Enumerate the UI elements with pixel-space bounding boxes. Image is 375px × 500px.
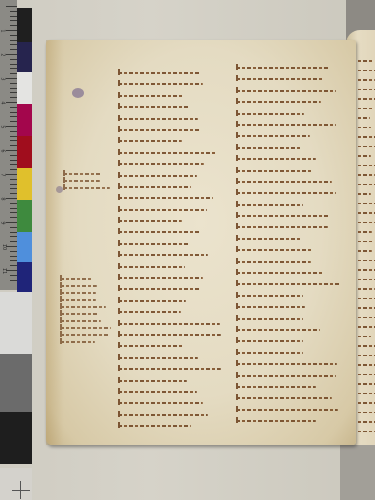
handwritten-line	[236, 90, 336, 92]
ruler-tick	[6, 198, 17, 199]
ruler-number: 5	[0, 125, 6, 128]
handwritten-line	[118, 357, 198, 359]
ruler-number: 1	[0, 29, 6, 32]
right-text-column	[236, 67, 341, 432]
handwritten-line	[236, 386, 316, 388]
handwritten-line	[118, 334, 221, 336]
handwritten-line	[236, 352, 303, 354]
handwritten-line	[118, 186, 191, 188]
marginal-note-upper	[63, 173, 111, 194]
handwritten-line	[236, 340, 303, 342]
ruler-tick	[6, 270, 17, 271]
marginal-note-lower	[60, 278, 112, 348]
ruler-tick	[10, 241, 17, 242]
registration-target	[0, 468, 32, 500]
handwritten-line	[236, 67, 330, 69]
handwritten-line	[118, 391, 197, 393]
handwritten-line	[236, 329, 320, 331]
handwritten-line	[60, 327, 111, 329]
ruler-tick	[10, 236, 17, 237]
handwritten-line	[118, 243, 189, 245]
handwritten-line	[236, 135, 310, 137]
ruler-tick	[10, 64, 17, 65]
handwritten-line	[118, 83, 203, 85]
handwritten-line	[118, 345, 184, 347]
swatch-white	[17, 72, 32, 104]
ruler-tick	[6, 222, 17, 223]
ruler-tick	[10, 112, 17, 113]
ruler-number: 2	[0, 53, 6, 56]
ruler-number: 7	[0, 173, 6, 176]
handwritten-line	[118, 254, 208, 256]
ruler-tick	[10, 208, 17, 209]
ruler-tick	[10, 280, 17, 281]
handwritten-line	[236, 318, 303, 320]
handwritten-line	[118, 152, 217, 154]
handwritten-line	[118, 380, 187, 382]
manuscript-page	[46, 40, 356, 445]
handwritten-line	[60, 285, 97, 287]
ruler-tick	[10, 116, 17, 117]
handwritten-line	[118, 220, 182, 222]
ruler-tick	[10, 121, 17, 122]
ruler-tick	[6, 78, 17, 79]
handwritten-line	[60, 278, 92, 280]
handwritten-line	[236, 192, 336, 194]
handwritten-line	[236, 124, 336, 126]
handwritten-line	[236, 295, 303, 297]
handwritten-line	[236, 375, 336, 377]
ruler-tick	[10, 49, 17, 50]
handwritten-line	[236, 363, 337, 365]
handwritten-line	[63, 187, 110, 189]
ruler-tick	[10, 44, 17, 45]
ruler-tick	[10, 73, 17, 74]
ruler-tick	[10, 256, 17, 257]
handwritten-line	[118, 129, 201, 131]
ruler-tick	[10, 145, 17, 146]
handwritten-line	[118, 209, 207, 211]
handwritten-line	[236, 78, 323, 80]
handwritten-line	[60, 313, 99, 315]
swatch-black	[17, 8, 32, 42]
crosshair-horizontal	[12, 490, 30, 491]
ruler-tick	[10, 265, 17, 266]
ruler-tick	[10, 232, 17, 233]
ruler-tick	[10, 184, 17, 185]
ruler-tick	[10, 164, 17, 165]
handwritten-line	[118, 368, 221, 370]
ruler-tick	[10, 193, 17, 194]
ruler-tick	[10, 68, 17, 69]
ruler-tick	[10, 11, 17, 12]
ruler-number: 11	[1, 268, 7, 274]
ruler-tick	[10, 212, 17, 213]
swatch-blue	[17, 262, 32, 292]
handwritten-line	[118, 72, 200, 74]
ruler-number: 8	[0, 197, 6, 200]
patch-mid-grey	[0, 354, 32, 412]
handwritten-line	[60, 299, 96, 301]
handwritten-line	[118, 311, 181, 313]
handwritten-line	[236, 147, 301, 149]
ruler-number: 10	[1, 244, 7, 250]
swatch-red	[17, 136, 32, 168]
ruler-tick	[6, 54, 17, 55]
ruler-tick	[6, 246, 17, 247]
handwritten-line	[236, 204, 303, 206]
swatch-yellow	[17, 168, 32, 200]
ruler-number: 9	[0, 221, 6, 224]
ruler-tick	[6, 150, 17, 151]
handwritten-line	[60, 341, 95, 343]
ruler-tick	[10, 203, 17, 204]
ruler-tick	[10, 16, 17, 17]
ruler-tick	[10, 188, 17, 189]
handwritten-line	[236, 397, 332, 399]
handwritten-line	[118, 175, 197, 177]
swatch-green	[17, 200, 32, 232]
handwritten-line	[118, 266, 185, 268]
ruler-tick	[10, 131, 17, 132]
ruler-tick	[10, 25, 17, 26]
ruler-tick	[10, 179, 17, 180]
handwritten-line	[236, 283, 340, 285]
patch-dark-grey	[0, 412, 32, 464]
ruler-tick	[6, 174, 17, 175]
handwritten-line	[236, 101, 321, 103]
patch-light-grey	[0, 292, 32, 354]
handwritten-line	[118, 197, 213, 199]
ruler-tick	[6, 126, 17, 127]
ruler-tick	[6, 30, 17, 31]
handwritten-line	[63, 173, 101, 175]
color-swatch-strip	[17, 8, 32, 292]
handwritten-line	[118, 300, 186, 302]
handwritten-line	[60, 306, 106, 308]
handwritten-line	[118, 414, 208, 416]
handwritten-line	[236, 181, 332, 183]
ruler-tick	[10, 169, 17, 170]
ruler-tick	[10, 251, 17, 252]
ruler-tick	[10, 92, 17, 93]
handwritten-line	[236, 420, 316, 422]
handwritten-line	[236, 272, 324, 274]
handwritten-line	[118, 231, 200, 233]
handwritten-line	[63, 180, 100, 182]
ink-stain-small	[56, 186, 63, 193]
ruler-tick	[10, 59, 17, 60]
swatch-navy	[17, 42, 32, 72]
handwritten-line	[118, 118, 198, 120]
ruler-tick	[10, 83, 17, 84]
ruler-tick	[6, 6, 17, 7]
ruler-tick	[10, 40, 17, 41]
ruler-tick	[10, 155, 17, 156]
handwritten-line	[236, 306, 305, 308]
handwritten-line	[118, 288, 200, 290]
ruler-tick	[10, 260, 17, 261]
ruler-tick	[10, 97, 17, 98]
ruler-tick	[10, 35, 17, 36]
binding-shadow-bottom	[340, 445, 375, 500]
handwritten-line	[118, 106, 189, 108]
swatch-cyan-blue	[17, 232, 32, 262]
left-text-column	[118, 72, 228, 437]
swatch-magenta	[17, 104, 32, 136]
handwritten-line	[236, 113, 304, 115]
ruler-tick	[10, 136, 17, 137]
ruler-tick	[10, 275, 17, 276]
handwritten-line	[118, 323, 220, 325]
ruler-tick	[10, 227, 17, 228]
ruler-tick	[6, 102, 17, 103]
handwritten-line	[236, 226, 328, 228]
handwritten-line	[236, 170, 312, 172]
ruler-tick	[10, 140, 17, 141]
handwritten-line	[236, 249, 313, 251]
handwritten-line	[118, 425, 191, 427]
handwritten-line	[60, 320, 101, 322]
ruler-tick	[10, 88, 17, 89]
handwritten-line	[236, 215, 330, 217]
ruler-tick	[10, 217, 17, 218]
ink-stain	[72, 88, 84, 98]
handwritten-line	[236, 238, 302, 240]
handwritten-line	[118, 402, 203, 404]
handwritten-line	[60, 292, 96, 294]
ruler-number: 6	[0, 149, 6, 152]
ruler-tick	[10, 160, 17, 161]
grey-scale-patches	[0, 292, 32, 464]
handwritten-line	[118, 163, 204, 165]
handwritten-line	[118, 277, 203, 279]
crosshair-vertical	[20, 481, 21, 499]
handwritten-line	[236, 261, 311, 263]
handwritten-line	[236, 409, 338, 411]
centimetre-ruler: 12345678910111213	[0, 0, 17, 290]
ruler-number: 3	[0, 77, 6, 80]
handwritten-line	[236, 158, 316, 160]
ruler-tick	[10, 107, 17, 108]
ruler-number: 4	[0, 101, 6, 104]
handwritten-line	[118, 140, 182, 142]
ruler-tick	[10, 20, 17, 21]
handwritten-line	[60, 334, 109, 336]
handwritten-line	[118, 95, 184, 97]
